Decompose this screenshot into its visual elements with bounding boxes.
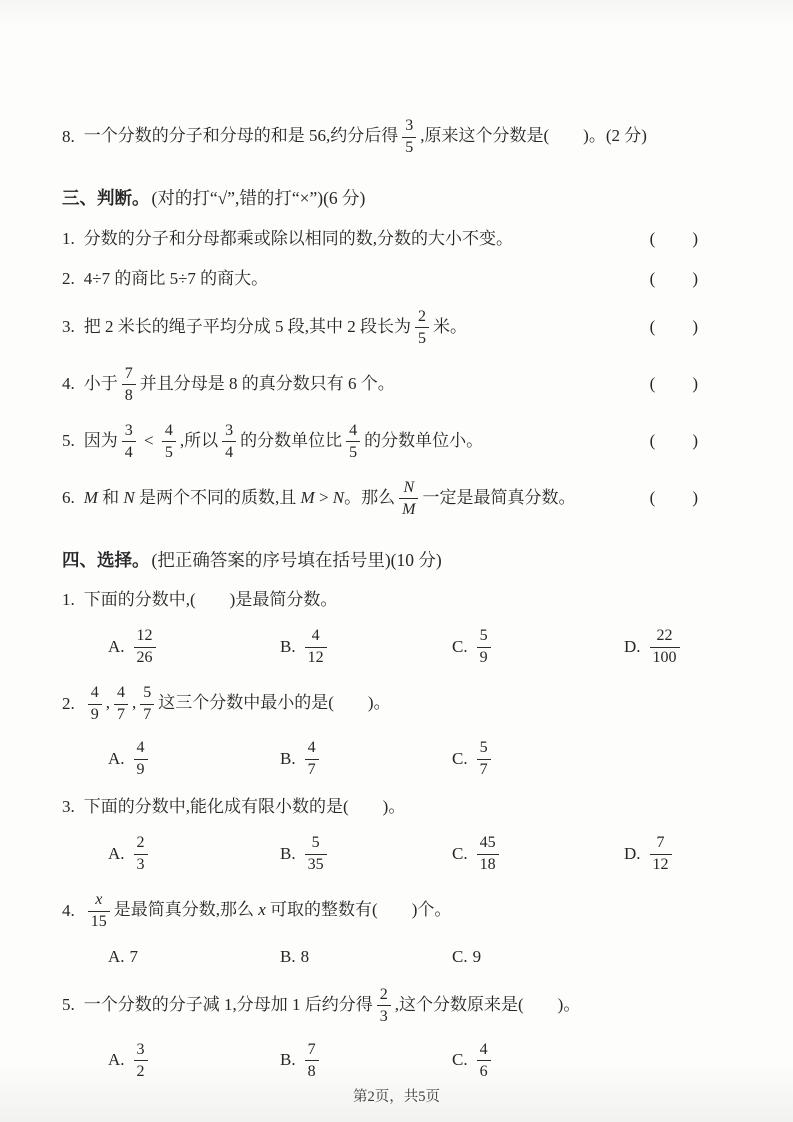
math-variable: M <box>84 487 98 506</box>
question-stem: 一个分数的分子和分母的和是 56,约分后得35,原来这个分数是( )。(2 分) <box>84 117 737 157</box>
fraction: 47 <box>114 685 128 723</box>
option-label: B. <box>280 1049 296 1072</box>
fraction: 4518 <box>477 835 499 873</box>
fraction-denominator: 3 <box>377 1006 391 1025</box>
option-item: C.46 <box>452 1041 495 1081</box>
question-number: 4. <box>62 373 75 396</box>
option-label: C. <box>452 843 468 866</box>
option-item: A.23 <box>108 834 280 874</box>
option-value: 23 <box>130 834 152 874</box>
answer-bracket: ( ) <box>650 373 699 396</box>
option-item: A.49 <box>108 739 280 779</box>
options-row: A.7B.8C.9 <box>62 946 737 969</box>
fraction-numerator: 22 <box>650 628 680 648</box>
question-number: 1. <box>62 589 75 612</box>
choice-question-row: 4.x15是最简真分数,那么 x 可取的整数有( )个。 <box>62 891 737 931</box>
option-label: C. <box>452 1049 468 1072</box>
option-item: C.59 <box>452 627 624 667</box>
question-stem: 下面的分数中,( )是最简分数。 <box>84 589 737 612</box>
option-label: B. <box>280 843 296 866</box>
fraction: 78 <box>305 1042 319 1080</box>
fraction-denominator: 2 <box>134 1061 148 1080</box>
option-label: B. <box>280 748 296 771</box>
fraction-numerator: 3 <box>134 1042 148 1062</box>
option-item: B.412 <box>280 627 452 667</box>
option-value: 8 <box>301 946 310 969</box>
math-variable: x <box>258 900 266 919</box>
fraction-numerator: 5 <box>477 740 491 760</box>
options-row: A.32B.78C.46 <box>62 1041 737 1081</box>
fraction: 45 <box>162 423 176 461</box>
option-value: 22100 <box>646 627 684 667</box>
options-row: A.23B.535C.4518D.712 <box>62 834 737 874</box>
choice-question-row: 3.下面的分数中,能化成有限小数的是( )。 <box>62 796 737 819</box>
question-stem: 49,47,57这三个分数中最小的是( )。 <box>84 684 737 724</box>
fraction: 34 <box>222 423 236 461</box>
fraction: 712 <box>650 835 672 873</box>
fraction-numerator: 12 <box>134 628 156 648</box>
fraction-numerator: 4 <box>114 685 128 705</box>
option-value: 32 <box>130 1041 152 1081</box>
fraction-numerator: 4 <box>305 628 327 648</box>
question-number: 6. <box>62 487 75 510</box>
fraction-numerator: 2 <box>134 835 148 855</box>
question-stem: 把 2 米长的绳子平均分成 5 段,其中 2 段长为25米。 <box>84 308 650 348</box>
fraction-denominator: 9 <box>88 705 102 724</box>
fraction: 23 <box>377 987 391 1025</box>
question-number: 4. <box>62 900 75 923</box>
section-title: 三、判断。 <box>62 188 150 208</box>
option-item: A.32 <box>108 1041 280 1081</box>
fraction: 535 <box>305 835 327 873</box>
fraction: 78 <box>122 366 136 404</box>
fraction-denominator: 7 <box>140 705 154 724</box>
question-stem: M 和 N 是两个不同的质数,且 M > N。那么NM一定是最简真分数。 <box>84 479 650 519</box>
option-value: 7 <box>130 946 139 969</box>
fraction-numerator: 5 <box>140 685 154 705</box>
fraction-denominator: 18 <box>477 855 499 874</box>
choice-question-row: 1.下面的分数中,( )是最简分数。 <box>62 589 737 612</box>
option-value: 47 <box>301 739 323 779</box>
fraction-denominator: 7 <box>114 705 128 724</box>
fraction-denominator: 35 <box>305 855 327 874</box>
option-value: 59 <box>473 627 495 667</box>
question-stem: x15是最简真分数,那么 x 可取的整数有( )个。 <box>84 891 737 931</box>
fraction-numerator: 4 <box>162 423 176 443</box>
fraction-numerator: 4 <box>346 423 360 443</box>
option-label: B. <box>280 946 296 969</box>
fraction-denominator: 6 <box>477 1061 491 1080</box>
option-item: A.7 <box>108 946 280 969</box>
fraction: 57 <box>140 685 154 723</box>
question-row: 8.一个分数的分子和分母的和是 56,约分后得35,原来这个分数是( )。(2 … <box>62 117 737 157</box>
options-row: A.49B.47C.57 <box>62 739 737 779</box>
fraction-denominator: 9 <box>477 648 491 667</box>
page-number: 第2页，共5页 <box>353 1089 440 1105</box>
fraction-denominator: 7 <box>305 760 319 779</box>
fraction-numerator: x <box>88 892 110 912</box>
question-number: 3. <box>62 316 75 339</box>
fraction: 46 <box>477 1042 491 1080</box>
option-value: 1226 <box>130 627 160 667</box>
question-number: 5. <box>62 994 75 1017</box>
question-stem: 因为34 < 45,所以34的分数单位比45的分数单位小。 <box>84 422 650 462</box>
option-label: A. <box>108 1049 125 1072</box>
question-stem: 一个分数的分子减 1,分母加 1 后约分得23,这个分数原来是( )。 <box>84 986 737 1026</box>
option-item: C.4518 <box>452 834 624 874</box>
fraction-numerator: 4 <box>305 740 319 760</box>
option-value: 412 <box>301 627 331 667</box>
fraction: 23 <box>134 835 148 873</box>
fraction-numerator: 5 <box>477 628 491 648</box>
math-variable: N <box>333 487 344 506</box>
fraction-denominator: 12 <box>650 855 672 874</box>
options-row: A.1226B.412C.59D.22100 <box>62 627 737 667</box>
choice-question-row: 5.一个分数的分子减 1,分母加 1 后约分得23,这个分数原来是( )。 <box>62 986 737 1026</box>
option-label: A. <box>108 748 125 771</box>
fraction-numerator: 2 <box>415 309 429 329</box>
fraction-denominator: 8 <box>122 385 136 404</box>
fraction-numerator: 4 <box>477 1042 491 1062</box>
fraction: x15 <box>88 892 110 930</box>
option-item: C.9 <box>452 946 481 969</box>
fraction-denominator: 15 <box>88 912 110 931</box>
option-label: A. <box>108 946 125 969</box>
fraction: 1226 <box>134 628 156 666</box>
fraction: 35 <box>402 118 416 156</box>
answer-bracket: ( ) <box>650 268 699 291</box>
option-item: A.1226 <box>108 627 280 667</box>
section-header: 三、判断。(对的打“√”,错的打“×”)(6 分) <box>62 187 737 211</box>
question-stem: 分数的分子和分母都乘或除以相同的数,分数的大小不变。 <box>84 228 650 251</box>
option-value: 4518 <box>473 834 503 874</box>
option-value: 78 <box>301 1041 323 1081</box>
fraction-denominator: 8 <box>305 1061 319 1080</box>
fraction-denominator: 7 <box>477 760 491 779</box>
math-variable: M <box>301 487 315 506</box>
fraction-denominator: 26 <box>134 648 156 667</box>
fraction: 57 <box>477 740 491 778</box>
question-number: 1. <box>62 228 75 251</box>
fraction: 25 <box>415 309 429 347</box>
questions-container: 8.一个分数的分子和分母的和是 56,约分后得35,原来这个分数是( )。(2 … <box>0 0 793 1081</box>
option-label: D. <box>624 843 641 866</box>
option-item: D.712 <box>624 834 676 874</box>
fraction-numerator: 45 <box>477 835 499 855</box>
fraction-denominator: 4 <box>122 442 136 461</box>
option-item: B.47 <box>280 739 452 779</box>
choice-question-row: 2.49,47,57这三个分数中最小的是( )。 <box>62 684 737 724</box>
section-note: (把正确答案的序号填在括号里)(10 分) <box>152 550 442 570</box>
fraction: 45 <box>346 423 360 461</box>
option-label: A. <box>108 636 125 659</box>
fraction: NM <box>399 480 418 518</box>
question-stem: 小于78并且分母是 8 的真分数只有 6 个。 <box>84 365 650 405</box>
option-item: B.8 <box>280 946 452 969</box>
option-item: B.535 <box>280 834 452 874</box>
fraction-numerator: 3 <box>122 423 136 443</box>
question-stem: 下面的分数中,能化成有限小数的是( )。 <box>84 796 737 819</box>
option-value: 57 <box>473 739 495 779</box>
option-label: C. <box>452 636 468 659</box>
fraction-numerator: 7 <box>122 366 136 386</box>
fraction-denominator: 9 <box>134 760 148 779</box>
option-label: A. <box>108 843 125 866</box>
fraction-numerator: 7 <box>650 835 672 855</box>
answer-bracket: ( ) <box>650 316 699 339</box>
judge-question-row: 5.因为34 < 45,所以34的分数单位比45的分数单位小。( ) <box>62 422 737 462</box>
question-number: 2. <box>62 693 75 716</box>
fraction-numerator: N <box>399 480 418 500</box>
fraction-numerator: 2 <box>377 987 391 1007</box>
section-title: 四、选择。 <box>62 550 150 570</box>
option-item: D.22100 <box>624 627 684 667</box>
fraction-denominator: 5 <box>402 138 416 157</box>
fraction-numerator: 5 <box>305 835 327 855</box>
answer-bracket: ( ) <box>650 430 699 453</box>
fraction-denominator: 5 <box>346 442 360 461</box>
question-number: 8. <box>62 126 75 149</box>
option-value: 49 <box>130 739 152 779</box>
fraction-denominator: 100 <box>650 648 680 667</box>
fraction: 47 <box>305 740 319 778</box>
judge-question-row: 1.分数的分子和分母都乘或除以相同的数,分数的大小不变。( ) <box>62 228 737 251</box>
fraction: 412 <box>305 628 327 666</box>
fraction: 32 <box>134 1042 148 1080</box>
fraction-numerator: 7 <box>305 1042 319 1062</box>
math-variable: N <box>123 487 134 506</box>
judge-question-row: 6.M 和 N 是两个不同的质数,且 M > N。那么NM一定是最简真分数。( … <box>62 479 737 519</box>
question-number: 3. <box>62 796 75 819</box>
fraction-numerator: 3 <box>402 118 416 138</box>
option-item: B.78 <box>280 1041 452 1081</box>
question-number: 2. <box>62 268 75 291</box>
fraction: 49 <box>134 740 148 778</box>
option-value: 535 <box>301 834 331 874</box>
page-footer: 第2页，共5页 <box>0 1085 793 1106</box>
option-label: C. <box>452 946 468 969</box>
fraction-denominator: 5 <box>415 328 429 347</box>
option-value: 46 <box>473 1041 495 1081</box>
judge-question-row: 3.把 2 米长的绳子平均分成 5 段,其中 2 段长为25米。( ) <box>62 308 737 348</box>
question-stem: 4÷7 的商比 5÷7 的商大。 <box>84 268 650 291</box>
fraction-numerator: 3 <box>222 423 236 443</box>
question-number: 5. <box>62 430 75 453</box>
fraction: 22100 <box>650 628 680 666</box>
answer-bracket: ( ) <box>650 487 699 510</box>
fraction: 49 <box>88 685 102 723</box>
fraction-denominator: 3 <box>134 855 148 874</box>
fraction: 59 <box>477 628 491 666</box>
option-label: D. <box>624 636 641 659</box>
option-value: 9 <box>473 946 482 969</box>
answer-bracket: ( ) <box>650 228 699 251</box>
fraction-numerator: 4 <box>88 685 102 705</box>
option-value: 712 <box>646 834 676 874</box>
judge-question-row: 2.4÷7 的商比 5÷7 的商大。( ) <box>62 268 737 291</box>
fraction-denominator: M <box>399 499 418 518</box>
section-header: 四、选择。(把正确答案的序号填在括号里)(10 分) <box>62 549 737 573</box>
fraction-denominator: 5 <box>162 442 176 461</box>
option-item: C.57 <box>452 739 495 779</box>
section-note: (对的打“√”,错的打“×”)(6 分) <box>152 188 366 208</box>
fraction: 34 <box>122 423 136 461</box>
option-label: B. <box>280 636 296 659</box>
judge-question-row: 4.小于78并且分母是 8 的真分数只有 6 个。( ) <box>62 365 737 405</box>
fraction-denominator: 4 <box>222 442 236 461</box>
option-label: C. <box>452 748 468 771</box>
test-paper-page: 8.一个分数的分子和分母的和是 56,约分后得35,原来这个分数是( )。(2 … <box>0 0 793 1122</box>
fraction-denominator: 12 <box>305 648 327 667</box>
fraction-numerator: 4 <box>134 740 148 760</box>
